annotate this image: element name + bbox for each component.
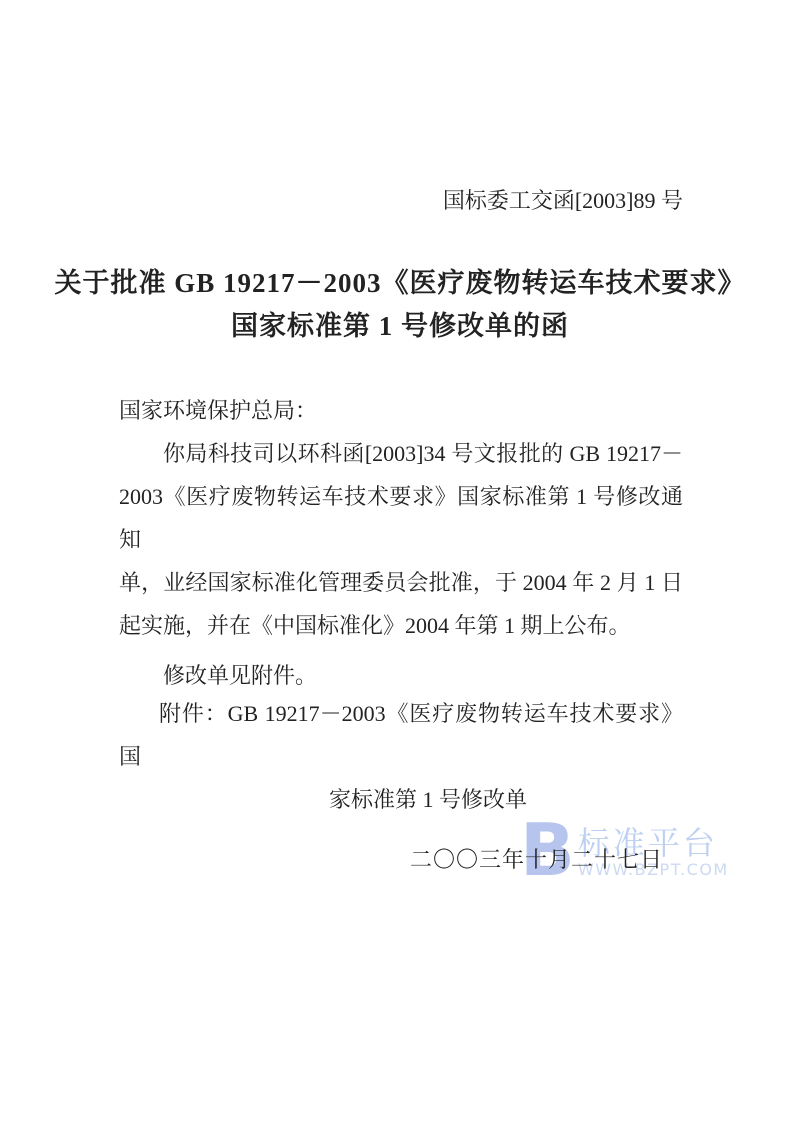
letter-body: 国家环境保护总局： 你局科技司以环科函[2003]34 号文报批的 GB 192… — [119, 389, 683, 697]
paragraph-line: 单，业经国家标准化管理委员会批准，于 2004 年 2 月 1 日 — [119, 561, 683, 604]
document-number: 国标委工交函[2003]89 号 — [443, 186, 683, 216]
scanned-letter-page: B 标准平台 WWW.BZPT.COM 国标委工交函[2003]89 号 关于批… — [0, 0, 800, 1133]
document-date: 二〇〇三年十月二十七日 — [410, 843, 663, 874]
attachment-line2: 家标准第 1 号修改单 — [329, 778, 800, 821]
closing-line: 修改单见附件。 — [119, 654, 683, 697]
paragraph-line: 起实施，并在《中国标准化》2004 年第 1 期上公布。 — [119, 604, 683, 647]
attachment-line1: 附件：GB 19217－2003《医疗废物转运车技术要求》国 — [119, 692, 683, 778]
document-title-line2: 国家标准第 1 号修改单的函 — [40, 305, 760, 348]
paragraph-line: 2003《医疗废物转运车技术要求》国家标准第 1 号修改通知 — [119, 475, 683, 561]
document-title: 关于批准 GB 19217－2003《医疗废物转运车技术要求》 国家标准第 1 … — [40, 262, 760, 348]
attachment-note: 附件：GB 19217－2003《医疗废物转运车技术要求》国 家标准第 1 号修… — [119, 692, 683, 821]
paragraph-line: 你局科技司以环科函[2003]34 号文报批的 GB 19217－ — [119, 432, 683, 475]
salutation: 国家环境保护总局： — [119, 389, 683, 432]
document-title-line1: 关于批准 GB 19217－2003《医疗废物转运车技术要求》 — [40, 262, 760, 305]
